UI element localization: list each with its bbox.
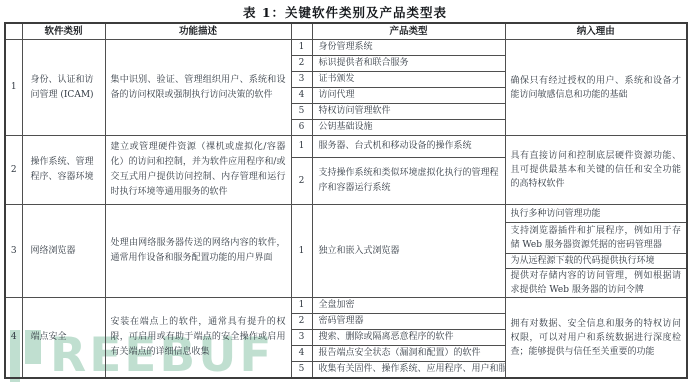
product-number: 1 <box>291 298 312 314</box>
software-category-table: 软件类别 功能描述 产品类型 纳入理由 1 身份、认证和访问管理 (ICAM) … <box>4 22 688 379</box>
product-number: 5 <box>291 104 312 120</box>
header-col-reason: 纳入理由 <box>505 23 687 40</box>
product-number: 2 <box>291 56 312 72</box>
header-col-product: 产品类型 <box>312 23 505 40</box>
product-name: 独立和嵌入式浏览器 <box>312 205 505 298</box>
reason-cell: 确保只有经过授权的用户、系统和设备才能访问敏感信息和功能的基础 <box>505 40 687 136</box>
product-number: 1 <box>291 136 312 158</box>
header-col-category: 软件类别 <box>22 23 105 40</box>
product-number: 3 <box>291 72 312 88</box>
product-number: 4 <box>291 88 312 104</box>
header-col-description: 功能描述 <box>105 23 291 40</box>
product-number: 6 <box>291 120 312 136</box>
reason-cell: 拥有对数据、安全信息和服务的特权访问权限，可以对用户和系统数据进行深度检查；能够… <box>505 298 687 379</box>
product-name: 全盘加密 <box>312 298 505 314</box>
product-name: 服务器、台式机和移动设备的操作系统 <box>312 136 505 158</box>
reason-cell: 为从远程源下载的代码提供执行环境 <box>505 254 687 269</box>
section-number: 3 <box>5 205 22 298</box>
table-row: 2 操作系统、管理程序、容器环境 建立或管理硬件资源（裸机或虚拟化/容器化）的访… <box>5 136 687 158</box>
category-cell: 身份、认证和访问管理 (ICAM) <box>22 40 105 136</box>
page-title: 表 1：关键软件类别及产品类型表 <box>0 3 690 21</box>
table-row: 3 网络浏览器 处理由网络服务器传送的网络内容的软件，通常用作设备和服务配置功能… <box>5 205 687 223</box>
product-name: 公钥基础设施 <box>312 120 505 136</box>
reason-cell: 执行多种访问管理功能 <box>505 205 687 223</box>
category-cell: 网络浏览器 <box>22 205 105 298</box>
header-col-subindex <box>291 23 312 40</box>
section-number: 2 <box>5 136 22 205</box>
header-row: 软件类别 功能描述 产品类型 纳入理由 <box>5 23 687 40</box>
description-cell: 集中识别、验证、管理组织用户、系统和设备的访问权限或强制执行访问决策的软件 <box>105 40 291 136</box>
product-number: 5 <box>291 362 312 379</box>
description-cell: 建立或管理硬件资源（裸机或虚拟化/容器化）的访问和控制，并为软件应用程序和/或交… <box>105 136 291 205</box>
product-number: 2 <box>291 314 312 330</box>
product-number: 1 <box>291 40 312 56</box>
category-cell: 操作系统、管理程序、容器环境 <box>22 136 105 205</box>
product-name: 特权访问管理软件 <box>312 104 505 120</box>
product-name: 证书颁发 <box>312 72 505 88</box>
description-cell: 处理由网络服务器传送的网络内容的软件，通常用作设备和服务配置功能的用户界面 <box>105 205 291 298</box>
product-name: 搜索、删除或隔离恶意程序的软件 <box>312 330 505 346</box>
product-name: 支持操作系统和类似环境虚拟化执行的管理程序和容器运行系统 <box>312 158 505 205</box>
product-name: 收集有关固件、操作系统、应用程序、用户和服 <box>312 362 505 379</box>
section-number: 1 <box>5 40 22 136</box>
product-name: 访问代理 <box>312 88 505 104</box>
product-name: 身份管理系统 <box>312 40 505 56</box>
product-number: 3 <box>291 330 312 346</box>
header-col-index <box>5 23 22 40</box>
product-name: 密码管理器 <box>312 314 505 330</box>
reason-cell: 提供对存储内容的访问管理，例如根据请求提供给 Web 服务器的访问令牌 <box>505 269 687 298</box>
section-number: 4 <box>5 298 22 379</box>
product-name: 报告端点安全状态（漏洞和配置）的软件 <box>312 346 505 362</box>
product-number: 4 <box>291 346 312 362</box>
product-name: 标识提供者和联合服务 <box>312 56 505 72</box>
table-row: 4 端点安全 安装在端点上的软件，通常具有提升的权限，可启用或有助于端点的安全操… <box>5 298 687 314</box>
reason-cell: 支持浏览器插件和扩展程序，例如用于存储 Web 服务器资源凭据的密码管理器 <box>505 223 687 254</box>
table-row: 1 身份、认证和访问管理 (ICAM) 集中识别、验证、管理组织用户、系统和设备… <box>5 40 687 56</box>
description-cell: 安装在端点上的软件，通常具有提升的权限，可启用或有助于端点的安全操作或启用有关端… <box>105 298 291 379</box>
reason-cell: 具有直接访问和控制底层硬件资源功能、且可提供最基本和关键的信任和安全功能的高特权… <box>505 136 687 205</box>
category-cell: 端点安全 <box>22 298 105 379</box>
product-number: 2 <box>291 158 312 205</box>
product-number: 1 <box>291 205 312 298</box>
